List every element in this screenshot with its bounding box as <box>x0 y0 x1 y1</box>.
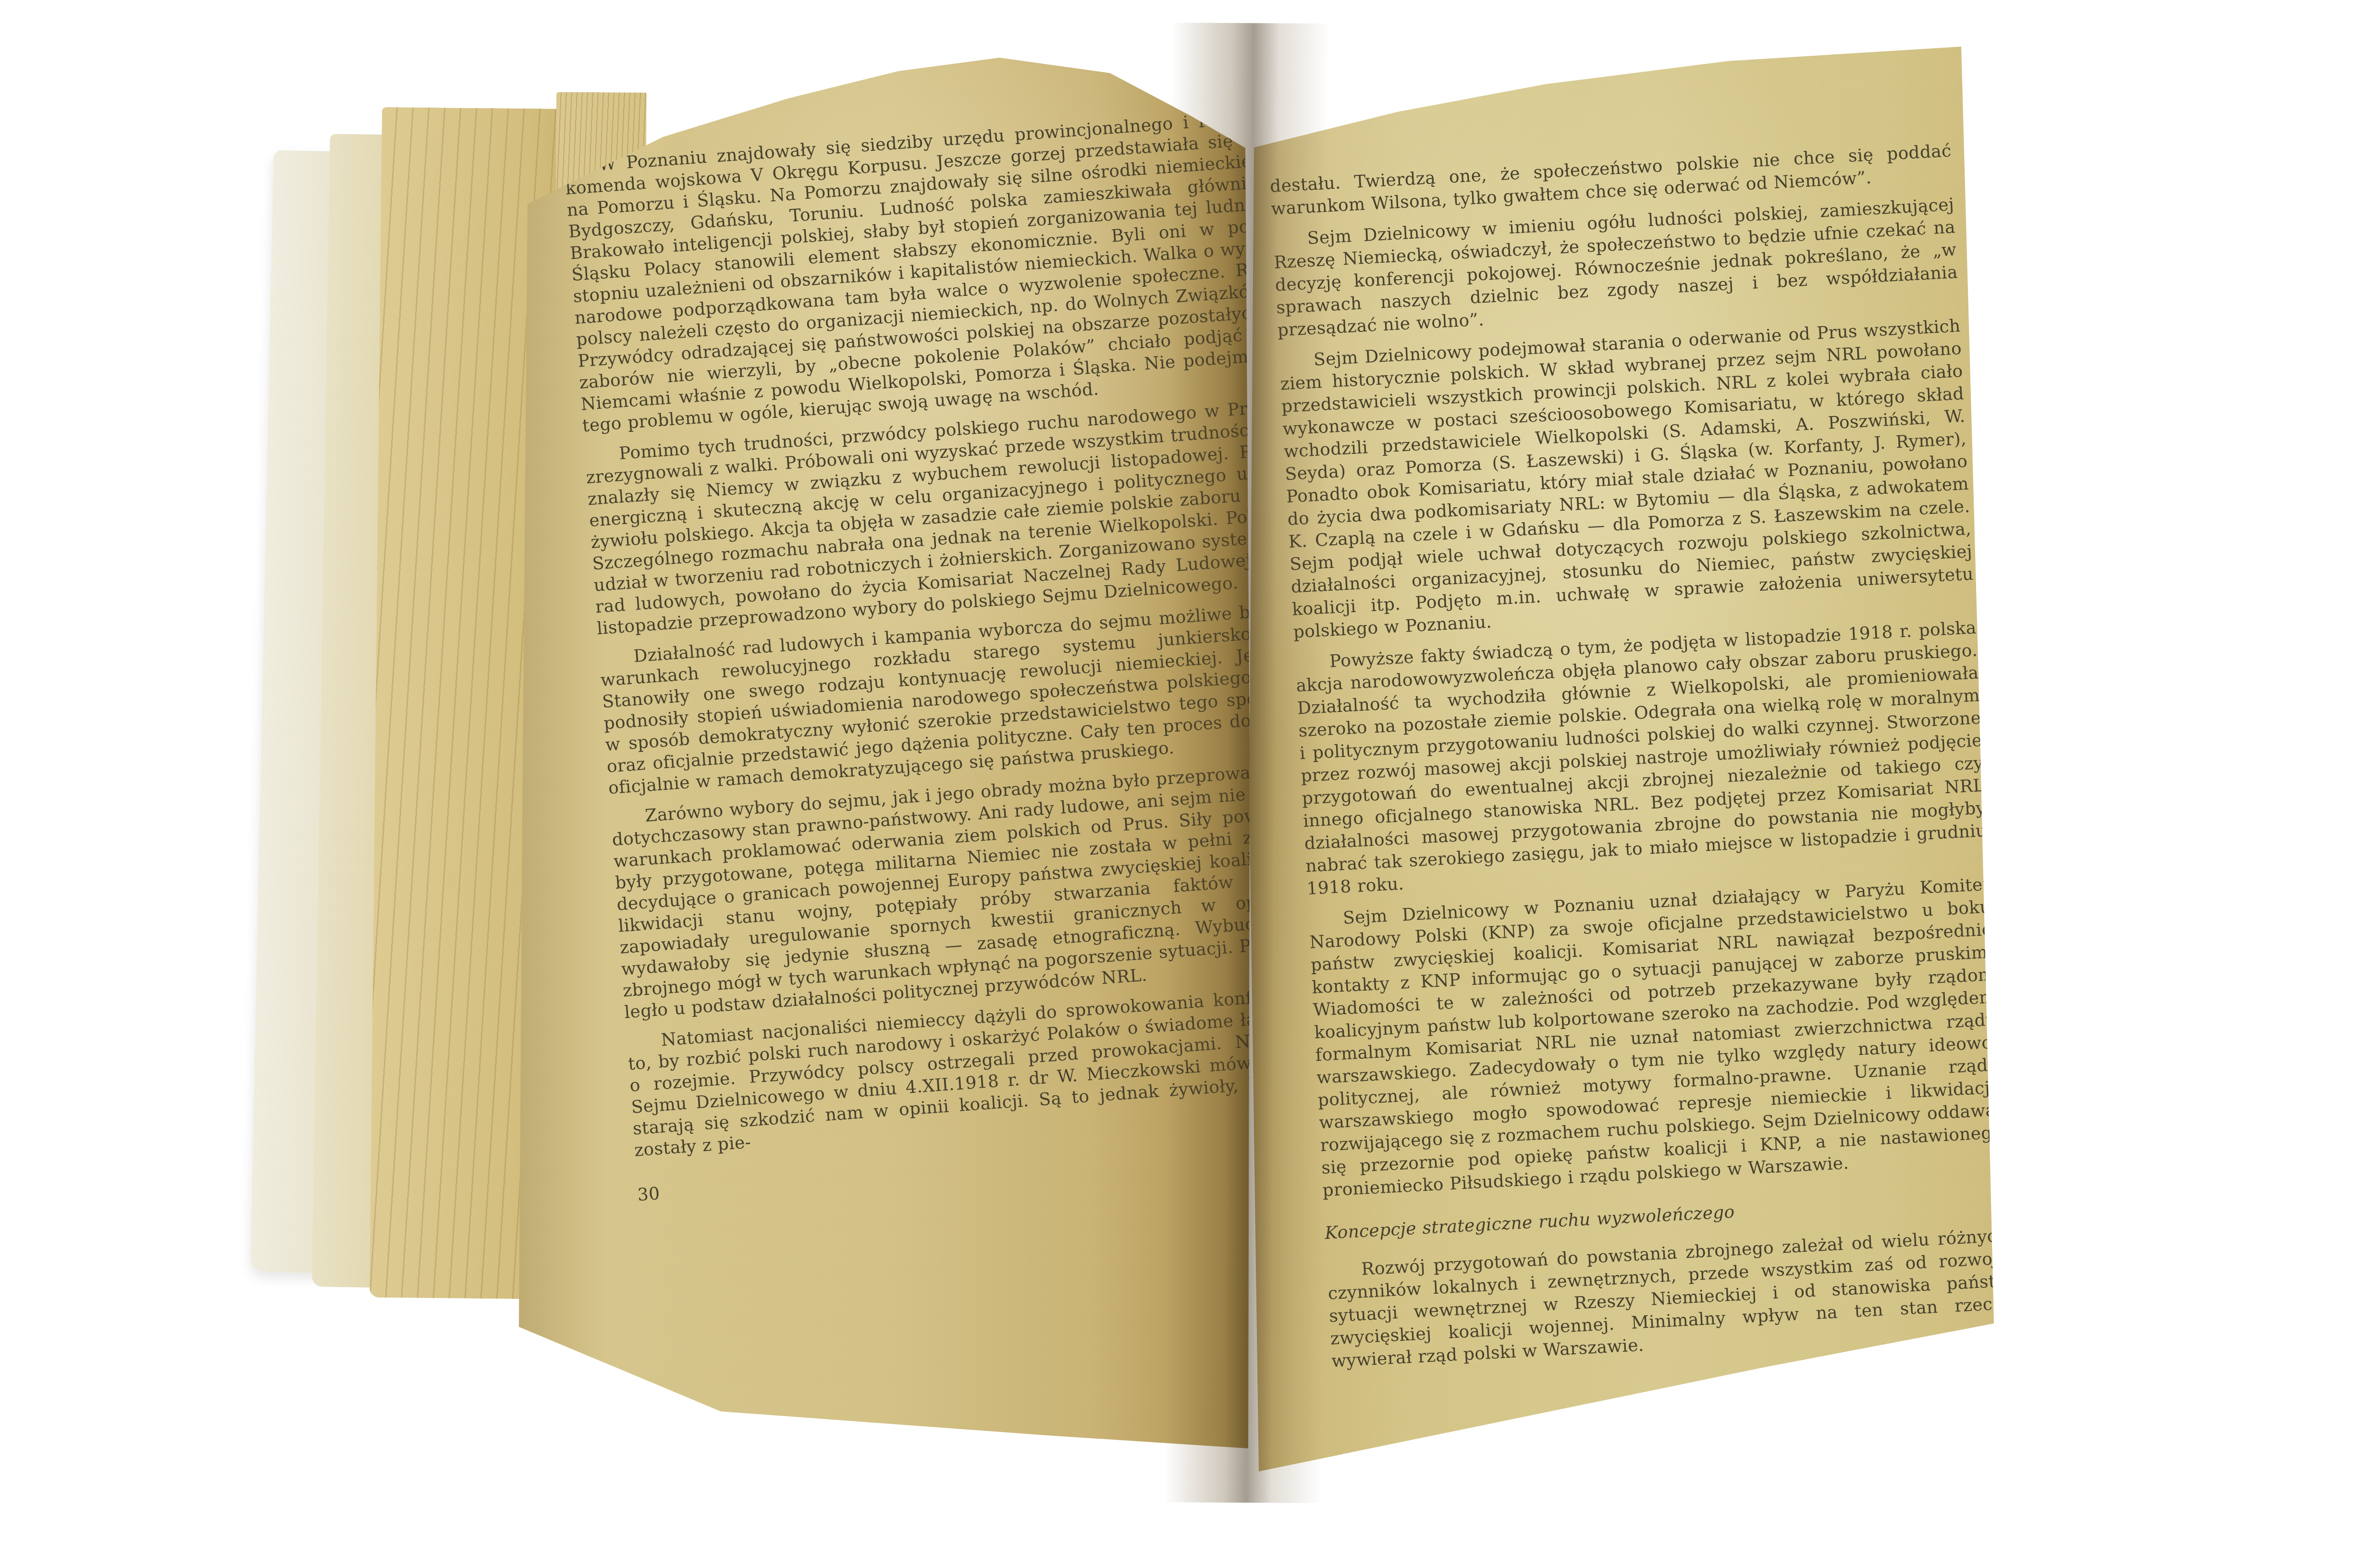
right-page-text: destału. Twierdzą one, że społeczeństwo … <box>1269 140 2016 1409</box>
open-book-photo: W Poznaniu znajdowały się siedziby urzęd… <box>0 0 2360 1568</box>
paragraph: Sejm Dzielnicowy w imieniu ogółu ludnośc… <box>1272 194 1959 342</box>
paragraph: Powyższe fakty świadczą o tym, że podjęt… <box>1294 616 1989 900</box>
right-page: destału. Twierdzą one, że społeczeństwo … <box>1239 26 2004 1484</box>
paragraph: Sejm Dzielnicowy podejmował starania o o… <box>1278 315 1975 643</box>
paragraph: Rozwój przygotowań do powstania zbrojneg… <box>1326 1225 2013 1373</box>
paragraph: W Poznaniu znajdowały się siedziby urzęd… <box>563 103 1333 437</box>
left-page: W Poznaniu znajdowały się siedziby urzęd… <box>519 34 1252 1480</box>
paragraph: Sejm Dzielnicowy w Poznaniu uznał działa… <box>1308 873 2004 1202</box>
